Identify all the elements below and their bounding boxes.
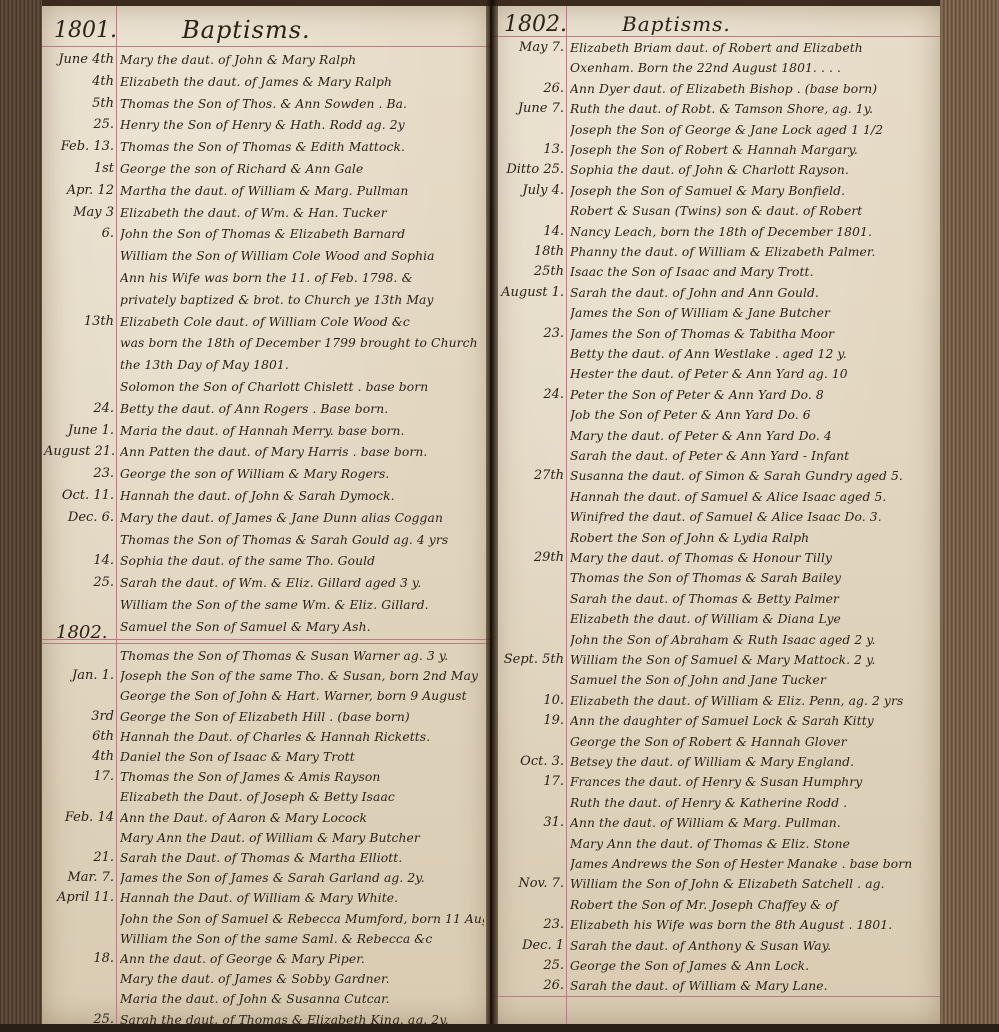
register-entry: 6.John the Son of Thomas & Elizabeth Bar… (42, 224, 490, 246)
entry-text: Mary the daut. of Thomas & Honour Tilly (570, 551, 934, 565)
register-entry: 17.Frances the daut. of Henry & Susan Hu… (492, 772, 940, 794)
entry-text: William the Son of the same Wm. & Eliz. … (120, 598, 484, 612)
entry-date: 25. (44, 117, 114, 132)
entry-date: May 3 (44, 205, 114, 220)
register-entry: 27thSusanna the daut. of Simon & Sarah G… (492, 466, 940, 488)
book-edge-left (0, 0, 42, 1024)
register-entry: 29thMary the daut. of Thomas & Honour Ti… (492, 548, 940, 570)
register-entry: Mary the daut. of Peter & Ann Yard Do. 4 (492, 426, 940, 448)
entry-date: 5th (44, 96, 114, 111)
section-year: 1802. (56, 622, 108, 643)
register-entry: Mar. 7.James the Son of James & Sarah Ga… (42, 868, 490, 890)
entry-text: Susanna the daut. of Simon & Sarah Gundr… (570, 469, 934, 483)
entry-text: Job the Son of Peter & Ann Yard Do. 6 (570, 408, 934, 422)
entry-text: Samuel the Son of John and Jane Tucker (570, 673, 934, 687)
entry-text: William the Son of William Cole Wood and… (120, 249, 484, 263)
register-entry: July 4.Joseph the Son of Samuel & Mary B… (492, 181, 940, 203)
register-entry: 19.Ann the daughter of Samuel Lock & Sar… (492, 711, 940, 733)
entry-date: 23. (44, 466, 114, 481)
register-entry: 31.Ann the daut. of William & Marg. Pull… (492, 813, 940, 835)
register-entry: Samuel the Son of Samuel & Mary Ash. (42, 617, 490, 639)
entry-text: Elizabeth the daut. of James & Mary Ralp… (120, 75, 484, 89)
entry-date: August 1. (494, 285, 564, 300)
entry-date: Dec. 1 (494, 938, 564, 953)
entry-text: John the Son of Abraham & Ruth Isaac age… (570, 633, 934, 647)
entry-text: Elizabeth Briam daut. of Robert and Eliz… (570, 41, 934, 55)
entry-text: Elizabeth the daut. of Wm. & Han. Tucker (120, 206, 484, 220)
entry-date: 14. (494, 224, 564, 239)
entry-text: Ann the daut. of William & Marg. Pullman… (570, 816, 934, 830)
entry-text: privately baptized & brot. to Church ye … (120, 293, 484, 307)
register-entry: 5thThomas the Son of Thos. & Ann Sowden … (42, 94, 490, 116)
entry-text: Winifred the daut. of Samuel & Alice Isa… (570, 510, 934, 524)
entry-text: Sarah the daut. of Anthony & Susan Way. (570, 939, 934, 953)
entry-date: Mar. 7. (44, 870, 114, 885)
entry-text: George the son of Richard & Ann Gale (120, 162, 484, 176)
entry-text: Thomas the Son of Thomas & Sarah Gould a… (120, 533, 484, 547)
register-entry: Oxenham. Born the 22nd August 1801. . . … (492, 58, 940, 80)
entry-date: 25th (494, 264, 564, 279)
register-entry: 4thDaniel the Son of Isaac & Mary Trott (42, 747, 490, 769)
entry-text: Joseph the Son of Samuel & Mary Bonfield… (570, 184, 934, 198)
entry-text: Ann Patten the daut. of Mary Harris . ba… (120, 445, 484, 459)
register-entry: Elizabeth the daut. of William & Diana L… (492, 609, 940, 631)
register-entry: 25.Henry the Son of Henry & Hath. Rodd a… (42, 115, 490, 137)
entry-date: Oct. 11. (44, 488, 114, 503)
entry-text: Thomas the Son of Thos. & Ann Sowden . B… (120, 97, 484, 111)
entry-date: Feb. 13. (44, 139, 114, 154)
register-entry: Sarah the daut. of Peter & Ann Yard - In… (492, 446, 940, 468)
entry-date: 14. (44, 553, 114, 568)
register-entry: John the Son of Samuel & Rebecca Mumford… (42, 909, 490, 931)
entry-text: Mary Ann the daut. of Thomas & Eliz. Sto… (570, 837, 934, 851)
page-year: 1801. (54, 18, 117, 43)
entry-text: Elizabeth the daut. of William & Diana L… (570, 612, 934, 626)
entry-text: Sophia the daut. of the same Tho. Gould (120, 554, 484, 568)
register-entry: 24.Peter the Son of Peter & Ann Yard Do.… (492, 385, 940, 407)
register-entry: 26.Ann Dyer daut. of Elizabeth Bishop . … (492, 79, 940, 101)
register-entry: August 1.Sarah the daut. of John and Ann… (492, 283, 940, 305)
entry-text: Mary the daut. of James & Sobby Gardner. (120, 972, 484, 986)
register-entry: William the Son of William Cole Wood and… (42, 246, 490, 268)
register-entry: 25thIsaac the Son of Isaac and Mary Trot… (492, 262, 940, 284)
entry-date: 27th (494, 468, 564, 483)
entry-date: Jan. 1. (44, 668, 114, 683)
register-entry: Mary Ann the Daut. of William & Mary But… (42, 828, 490, 850)
entry-text: Joseph the Son of George & Jane Lock age… (570, 123, 934, 137)
entry-text: Isaac the Son of Isaac and Mary Trott. (570, 265, 934, 279)
register-entry: Robert & Susan (Twins) son & daut. of Ro… (492, 201, 940, 223)
register-entry: Elizabeth the Daut. of Joseph & Betty Is… (42, 787, 490, 809)
register-entry: Nov. 7.William the Son of John & Elizabe… (492, 874, 940, 896)
entry-date: 13. (494, 142, 564, 157)
entry-text: Elizabeth his Wife was born the 8th Augu… (570, 918, 934, 932)
register-entry: Samuel the Son of John and Jane Tucker (492, 670, 940, 692)
register-entry: June 7.Ruth the daut. of Robt. & Tamson … (492, 99, 940, 121)
register-entry: 23.Elizabeth his Wife was born the 8th A… (492, 915, 940, 937)
left-page: 1801. Baptisms. June 4thMary the daut. o… (42, 6, 490, 1024)
register-entry: 18thPhanny the daut. of William & Elizab… (492, 242, 940, 264)
register-entry: James Andrews the Son of Hester Manake .… (492, 854, 940, 876)
entry-date: 25. (44, 575, 114, 590)
entry-text: William the Son of the same Saml. & Rebe… (120, 932, 484, 946)
entry-text: Robert & Susan (Twins) son & daut. of Ro… (570, 204, 934, 218)
entry-text: Robert the Son of Mr. Joseph Chaffey & o… (570, 898, 934, 912)
book-edge-right (940, 0, 999, 1024)
register-entry: Job the Son of Peter & Ann Yard Do. 6 (492, 405, 940, 427)
register-entry: 25.Sarah the daut. of Wm. & Eliz. Gillar… (42, 573, 490, 595)
register-entry: James the Son of William & Jane Butcher (492, 303, 940, 325)
entry-text: George the Son of James & Ann Lock. (570, 959, 934, 973)
register-entry: 14.Sophia the daut. of the same Tho. Gou… (42, 551, 490, 573)
entry-date: 1st (44, 161, 114, 176)
register-entry: Thomas the Son of Thomas & Susan Warner … (42, 646, 490, 668)
entry-text: Betty the daut. of Ann Rogers . Base bor… (120, 402, 484, 416)
entry-date: 23. (494, 326, 564, 341)
entry-date: Apr. 12 (44, 183, 114, 198)
register-entry: 21.Sarah the Daut. of Thomas & Martha El… (42, 848, 490, 870)
entry-text: Mary the daut. of Peter & Ann Yard Do. 4 (570, 429, 934, 443)
register-entry: April 11.Hannah the Daut. of William & M… (42, 888, 490, 910)
register-entry: 23.George the son of William & Mary Roge… (42, 464, 490, 486)
entry-text: Ann the daughter of Samuel Lock & Sarah … (570, 714, 934, 728)
entry-date: 6. (44, 226, 114, 241)
entry-text: Robert the Son of John & Lydia Ralph (570, 531, 934, 545)
register-entry: Thomas the Son of Thomas & Sarah Bailey (492, 568, 940, 590)
entry-date: 13th (44, 314, 114, 329)
register-entry: 14.Nancy Leach, born the 18th of Decembe… (492, 222, 940, 244)
register-entry: Apr. 12Martha the daut. of William & Mar… (42, 181, 490, 203)
entry-date: May 7. (494, 40, 564, 55)
register-entry: Mary the daut. of James & Sobby Gardner. (42, 969, 490, 991)
register-entry: 6thHannah the Daut. of Charles & Hannah … (42, 727, 490, 749)
entry-text: Hannah the daut. of Samuel & Alice Isaac… (570, 490, 934, 504)
entry-date: 3rd (44, 709, 114, 724)
entry-text: Joseph the Son of the same Tho. & Susan,… (120, 669, 484, 683)
register-entry: 13thElizabeth Cole daut. of William Cole… (42, 312, 490, 334)
entry-text: the 13th Day of May 1801. (120, 358, 484, 372)
entry-text: Betsey the daut. of William & Mary Engla… (570, 755, 934, 769)
register-entry: Robert the Son of Mr. Joseph Chaffey & o… (492, 895, 940, 917)
entry-date: Ditto 25. (494, 162, 564, 177)
entry-text: Nancy Leach, born the 18th of December 1… (570, 225, 934, 239)
entry-date: Dec. 6. (44, 510, 114, 525)
register-entry: 23.James the Son of Thomas & Tabitha Moo… (492, 324, 940, 346)
entry-text: George the Son of John & Hart. Warner, b… (120, 689, 484, 703)
entry-text: Samuel the Son of Samuel & Mary Ash. (120, 620, 484, 634)
entry-text: Joseph the Son of Robert & Hannah Margar… (570, 143, 934, 157)
section-rule (42, 643, 490, 644)
register-entry: privately baptized & brot. to Church ye … (42, 290, 490, 312)
register-entry: June 1.Maria the daut. of Hannah Merry. … (42, 421, 490, 443)
register-entry: Feb. 14Ann the Daut. of Aaron & Mary Loc… (42, 808, 490, 830)
register-entry: 4thElizabeth the daut. of James & Mary R… (42, 72, 490, 94)
register-entry: William the Son of the same Wm. & Eliz. … (42, 595, 490, 617)
entry-date: Feb. 14 (44, 810, 114, 825)
entry-date: April 11. (44, 890, 114, 905)
register-entry: Hannah the daut. of Samuel & Alice Isaac… (492, 487, 940, 509)
entry-text: John the Son of Thomas & Elizabeth Barna… (120, 227, 484, 241)
register-entry: Ruth the daut. of Henry & Katherine Rodd… (492, 793, 940, 815)
entry-text: Elizabeth Cole daut. of William Cole Woo… (120, 315, 484, 329)
entry-date: 25. (494, 958, 564, 973)
entry-text: James Andrews the Son of Hester Manake .… (570, 857, 934, 871)
register-entry: 13.Joseph the Son of Robert & Hannah Mar… (492, 140, 940, 162)
entry-text: William the Son of Samuel & Mary Mattock… (570, 653, 934, 667)
register-entry: John the Son of Abraham & Ruth Isaac age… (492, 630, 940, 652)
entry-text: Maria the daut. of Hannah Merry. base bo… (120, 424, 484, 438)
register-entry: Feb. 13.Thomas the Son of Thomas & Edith… (42, 137, 490, 159)
entry-text: Sarah the daut. of William & Mary Lane. (570, 979, 934, 993)
entry-text: Hester the daut. of Peter & Ann Yard ag.… (570, 367, 934, 381)
register-entry: Sarah the daut. of Thomas & Betty Palmer (492, 589, 940, 611)
entry-date: June 4th (44, 52, 114, 67)
entry-text: Thomas the Son of Thomas & Sarah Bailey (570, 571, 934, 585)
register-entry: Hester the daut. of Peter & Ann Yard ag.… (492, 364, 940, 386)
entry-text: George the Son of Robert & Hannah Glover (570, 735, 934, 749)
entry-date: Sept. 5th (494, 652, 564, 667)
entry-text: Hannah the Daut. of Charles & Hannah Ric… (120, 730, 484, 744)
entry-text: Ruth the daut. of Henry & Katherine Rodd… (570, 796, 934, 810)
entry-text: John the Son of Samuel & Rebecca Mumford… (120, 912, 484, 926)
register-entry: 17.Thomas the Son of James & Amis Rayson (42, 767, 490, 789)
entry-text: Ann the Daut. of Aaron & Mary Locock (120, 811, 484, 825)
entry-date: 18. (44, 951, 114, 966)
register-entry: 25.George the Son of James & Ann Lock. (492, 956, 940, 978)
entry-text: George the Son of Elizabeth Hill . (base… (120, 710, 484, 724)
register-entry: the 13th Day of May 1801. (42, 355, 490, 377)
register-entry: Solomon the Son of Charlott Chislett . b… (42, 377, 490, 399)
entry-text: James the Son of James & Sarah Garland a… (120, 871, 484, 885)
entry-text: Martha the daut. of William & Marg. Pull… (120, 184, 484, 198)
register-entry: William the Son of the same Saml. & Rebe… (42, 929, 490, 951)
entry-text: Sarah the Daut. of Thomas & Martha Ellio… (120, 851, 484, 865)
register-entry: was born the 18th of December 1799 broug… (42, 333, 490, 355)
entry-text: Sophia the daut. of John & Charlott Rays… (570, 163, 934, 177)
entry-date: 31. (494, 815, 564, 830)
register-entry: Ann his Wife was born the 11. of Feb. 17… (42, 268, 490, 290)
entry-date: 26. (494, 81, 564, 96)
entry-date: 6th (44, 729, 114, 744)
register-entry: August 21.Ann Patten the daut. of Mary H… (42, 442, 490, 464)
entry-date: 17. (44, 769, 114, 784)
entry-text: Peter the Son of Peter & Ann Yard Do. 8 (570, 388, 934, 402)
entry-date: June 1. (44, 423, 114, 438)
register-book: 1801. Baptisms. June 4thMary the daut. o… (0, 0, 999, 1024)
entry-text: Sarah the daut. of Wm. & Eliz. Gillard a… (120, 576, 484, 590)
register-entry: Jan. 1.Joseph the Son of the same Tho. &… (42, 666, 490, 688)
register-entry: 25.Sarah the daut. of Thomas & Elizabeth… (42, 1010, 490, 1024)
entry-date: July 4. (494, 183, 564, 198)
register-entry: May 7.Elizabeth Briam daut. of Robert an… (492, 38, 940, 60)
register-entry: Ditto 25.Sophia the daut. of John & Char… (492, 160, 940, 182)
entry-date: August 21. (44, 444, 114, 459)
entry-date: 24. (44, 401, 114, 416)
entry-date: 25. (44, 1012, 114, 1024)
entry-text: Oxenham. Born the 22nd August 1801. . . … (570, 61, 934, 75)
closing-rule (492, 996, 940, 997)
entry-date: 4th (44, 749, 114, 764)
entry-text: Betty the daut. of Ann Westlake . aged 1… (570, 347, 934, 361)
entry-text: William the Son of John & Elizabeth Satc… (570, 877, 934, 891)
entry-text: Mary the daut. of James & Jane Dunn alia… (120, 511, 484, 525)
register-entry: Winifred the daut. of Samuel & Alice Isa… (492, 507, 940, 529)
register-entry: George the Son of Robert & Hannah Glover (492, 732, 940, 754)
left-page-header: 1801. Baptisms. (42, 12, 490, 48)
right-page: 1802. Baptisms. May 7.Elizabeth Briam da… (492, 6, 940, 1024)
register-entry: June 4thMary the daut. of John & Mary Ra… (42, 50, 490, 72)
register-entry: Joseph the Son of George & Jane Lock age… (492, 120, 940, 142)
page-title: Baptisms. (182, 16, 311, 44)
entry-text: Daniel the Son of Isaac & Mary Trott (120, 750, 484, 764)
register-entry: Thomas the Son of Thomas & Sarah Gould a… (42, 530, 490, 552)
entry-text: George the son of William & Mary Rogers. (120, 467, 484, 481)
entry-text: Phanny the daut. of William & Elizabeth … (570, 245, 934, 259)
register-entry: Dec. 1Sarah the daut. of Anthony & Susan… (492, 936, 940, 958)
register-entry: Robert the Son of John & Lydia Ralph (492, 528, 940, 550)
entry-text: Mary the daut. of John & Mary Ralph (120, 53, 484, 67)
entry-date: 18th (494, 244, 564, 259)
entry-date: 24. (494, 387, 564, 402)
entry-date: Oct. 3. (494, 754, 564, 769)
entry-text: Sarah the daut. of Thomas & Betty Palmer (570, 592, 934, 606)
register-entry: George the Son of John & Hart. Warner, b… (42, 686, 490, 708)
entry-text: Sarah the daut. of Thomas & Elizabeth Ki… (120, 1013, 484, 1024)
entry-text: Sarah the daut. of John and Ann Gould. (570, 286, 934, 300)
entry-text: Ann his Wife was born the 11. of Feb. 17… (120, 271, 484, 285)
entry-text: Ann the daut. of George & Mary Piper. (120, 952, 484, 966)
register-entry: 18.Ann the daut. of George & Mary Piper. (42, 949, 490, 971)
register-entry: 24.Betty the daut. of Ann Rogers . Base … (42, 399, 490, 421)
entry-text: Ruth the daut. of Robt. & Tamson Shore, … (570, 102, 934, 116)
entry-text: Henry the Son of Henry & Hath. Rodd ag. … (120, 118, 484, 132)
entry-text: Hannah the daut. of John & Sarah Dymock. (120, 489, 484, 503)
right-page-header: 1802. Baptisms. (492, 6, 940, 42)
entry-text: Thomas the Son of Thomas & Susan Warner … (120, 649, 484, 663)
entry-date: 19. (494, 713, 564, 728)
register-entry: Maria the daut. of John & Susanna Cutcar… (42, 989, 490, 1011)
entry-text: Thomas the Son of James & Amis Rayson (120, 770, 484, 784)
entry-text: James the Son of William & Jane Butcher (570, 306, 934, 320)
entry-text: Thomas the Son of Thomas & Edith Mattock… (120, 140, 484, 154)
register-entry: 10.Elizabeth the daut. of William & Eliz… (492, 691, 940, 713)
register-entry: May 3Elizabeth the daut. of Wm. & Han. T… (42, 203, 490, 225)
entry-text: Elizabeth the daut. of William & Eliz. P… (570, 694, 934, 708)
entry-date: 23. (494, 917, 564, 932)
register-entry: 3rdGeorge the Son of Elizabeth Hill . (b… (42, 707, 490, 729)
entry-text: Hannah the Daut. of William & Mary White… (120, 891, 484, 905)
entry-text: Maria the daut. of John & Susanna Cutcar… (120, 992, 484, 1006)
entry-date: 29th (494, 550, 564, 565)
register-entry: Mary Ann the daut. of Thomas & Eliz. Sto… (492, 834, 940, 856)
entry-text: Sarah the daut. of Peter & Ann Yard - In… (570, 449, 934, 463)
entry-text: Frances the daut. of Henry & Susan Humph… (570, 775, 934, 789)
entry-date: 17. (494, 774, 564, 789)
entry-text: James the Son of Thomas & Tabitha Moor (570, 327, 934, 341)
section-rule (42, 639, 490, 640)
register-entry: Dec. 6.Mary the daut. of James & Jane Du… (42, 508, 490, 530)
entry-text: Solomon the Son of Charlott Chislett . b… (120, 380, 484, 394)
entry-text: Ann Dyer daut. of Elizabeth Bishop . (ba… (570, 82, 934, 96)
entry-date: Nov. 7. (494, 876, 564, 891)
entry-text: was born the 18th of December 1799 broug… (120, 336, 484, 350)
entry-date: 26. (494, 978, 564, 993)
register-entry: Sept. 5thWilliam the Son of Samuel & Mar… (492, 650, 940, 672)
entry-date: 21. (44, 850, 114, 865)
entry-text: Mary Ann the Daut. of William & Mary But… (120, 831, 484, 845)
page-title: Baptisms. (622, 12, 731, 36)
entry-date: June 7. (494, 101, 564, 116)
page-year: 1802. (504, 12, 567, 37)
register-entry: Oct. 3.Betsey the daut. of William & Mar… (492, 752, 940, 774)
entry-text: Elizabeth the Daut. of Joseph & Betty Is… (120, 790, 484, 804)
book-gutter (486, 0, 498, 1024)
register-entry: 1stGeorge the son of Richard & Ann Gale (42, 159, 490, 181)
register-entry: Oct. 11.Hannah the daut. of John & Sarah… (42, 486, 490, 508)
entry-date: 10. (494, 693, 564, 708)
register-entry: Betty the daut. of Ann Westlake . aged 1… (492, 344, 940, 366)
entry-date: 4th (44, 74, 114, 89)
